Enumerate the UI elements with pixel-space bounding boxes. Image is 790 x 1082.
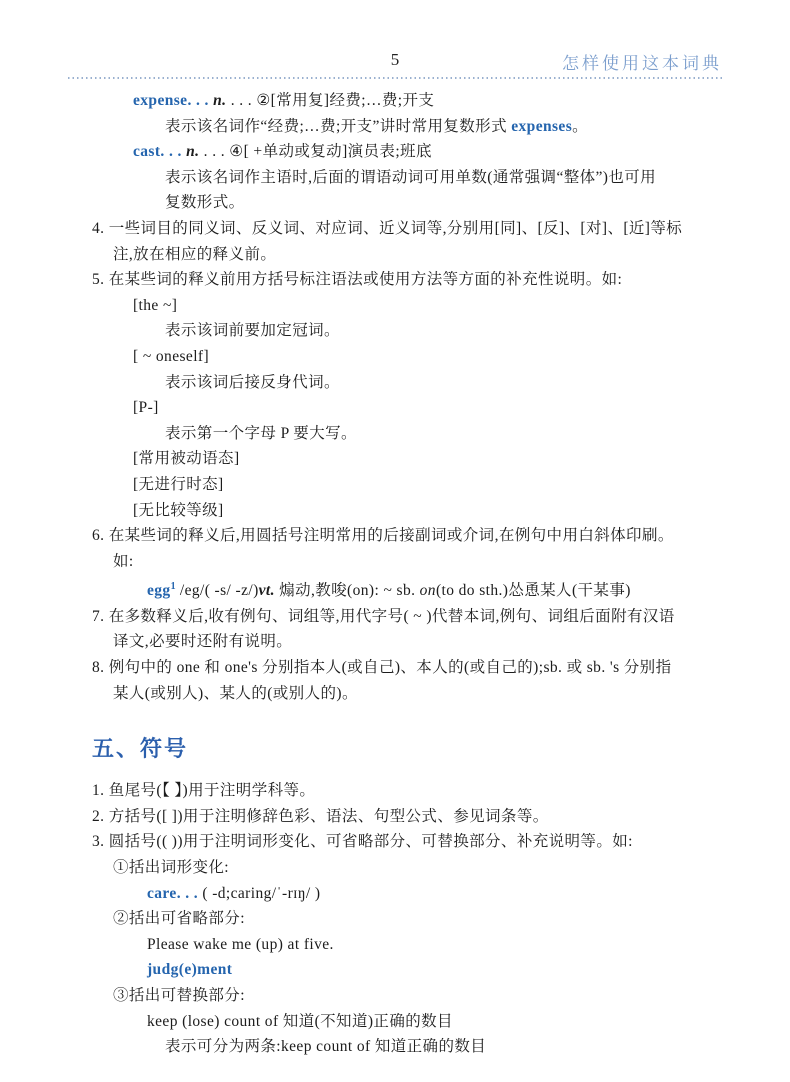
paren-use-1: ①括出词形变化:	[92, 855, 730, 881]
example-keep-lose: keep (lose) count of 知道(不知道)正确的数目	[92, 1009, 730, 1035]
item-7-line-2: 译文,必要时还附有说明。	[92, 629, 730, 655]
symbol-item-1: 1. 鱼尾号(【 】)用于注明学科等。	[92, 778, 730, 804]
item-5: 5. 在某些词的释义前用方括号标注语法或使用方法等方面的补充性说明。如:	[92, 267, 730, 293]
running-head: 5 怎样使用这本词典	[0, 0, 790, 76]
paren-use-3: ③括出可替换部分:	[92, 983, 730, 1009]
item-4-line-2: 注,放在相应的释义前。	[92, 242, 730, 268]
cast-note-2: 复数形式。	[92, 190, 730, 216]
expense-note: 表示该名词作“经费;…费;开支”讲时常用复数形式 expenses。	[92, 114, 730, 140]
item-4-line-1: 4. 一些词目的同义词、反义词、对应词、近义词等,分别用[同]、[反]、[对]、…	[92, 216, 730, 242]
entry-expense: expense. . . n. . . . ②[常用复]经费;…费;开支	[92, 88, 730, 114]
item-7-line-1: 7. 在多数释义后,收有例句、词组等,用代字号( ~ )代替本词,例句、词组后面…	[92, 604, 730, 630]
item-8-line-1: 8. 例句中的 one 和 one's 分别指本人(或自己)、本人的(或自己的)…	[92, 655, 730, 681]
label-p: [P-]	[92, 395, 730, 421]
content-lines: expense. . . n. . . . ②[常用复]经费;…费;开支表示该名…	[0, 79, 790, 1060]
label-oneself-note: 表示该词后接反身代词。	[92, 370, 730, 396]
entry-egg: egg1 /eg/( -s/ -z/)vt. 煽动,教唆(on): ~ sb. …	[92, 574, 730, 604]
cast-note-1: 表示该名词作主语时,后面的谓语动词可用单数(通常强调“整体”)也可用	[92, 165, 730, 191]
entry-cast: cast. . . n. . . . ④[ +单动或复动]演员表;班底	[92, 139, 730, 165]
example-wake: Please wake me (up) at five.	[92, 932, 730, 958]
paren-use-2: ②括出可省略部分:	[92, 906, 730, 932]
item-6-line-2: 如:	[92, 549, 730, 575]
label-no-progressive: [无进行时态]	[92, 472, 730, 498]
label-p-note: 表示第一个字母 P 要大写。	[92, 421, 730, 447]
example-keep-note: 表示可分为两条:keep count of 知道正确的数目	[92, 1034, 730, 1060]
item-8-line-2: 某人(或别人)、某人的(或别人的)。	[92, 681, 730, 707]
entry-care: care. . . ( -d;caring/ˈ-rɪŋ/ )	[92, 881, 730, 907]
label-oneself: [ ~ oneself]	[92, 344, 730, 370]
entry-judgement: judg(e)ment	[92, 957, 730, 983]
dictionary-guide-page: 5 怎样使用这本词典 expense. . . n. . . . ②[常用复]经…	[0, 0, 790, 1082]
label-the-note: 表示该词前要加定冠词。	[92, 318, 730, 344]
symbol-item-3: 3. 圆括号(( ))用于注明词形变化、可省略部分、可替换部分、补充说明等。如:	[92, 829, 730, 855]
label-the: [the ~]	[92, 293, 730, 319]
header-title: 怎样使用这本词典	[562, 49, 722, 74]
section-heading: 五、符号	[92, 732, 730, 763]
label-no-comparative: [无比较等级]	[92, 498, 730, 524]
label-passive: [常用被动语态]	[92, 446, 730, 472]
item-6-line-1: 6. 在某些词的释义后,用圆括号注明常用的后接副词或介词,在例句中用白斜体印刷。	[92, 523, 730, 549]
symbol-item-2: 2. 方括号([ ])用于注明修辞色彩、语法、句型公式、参见词条等。	[92, 804, 730, 830]
